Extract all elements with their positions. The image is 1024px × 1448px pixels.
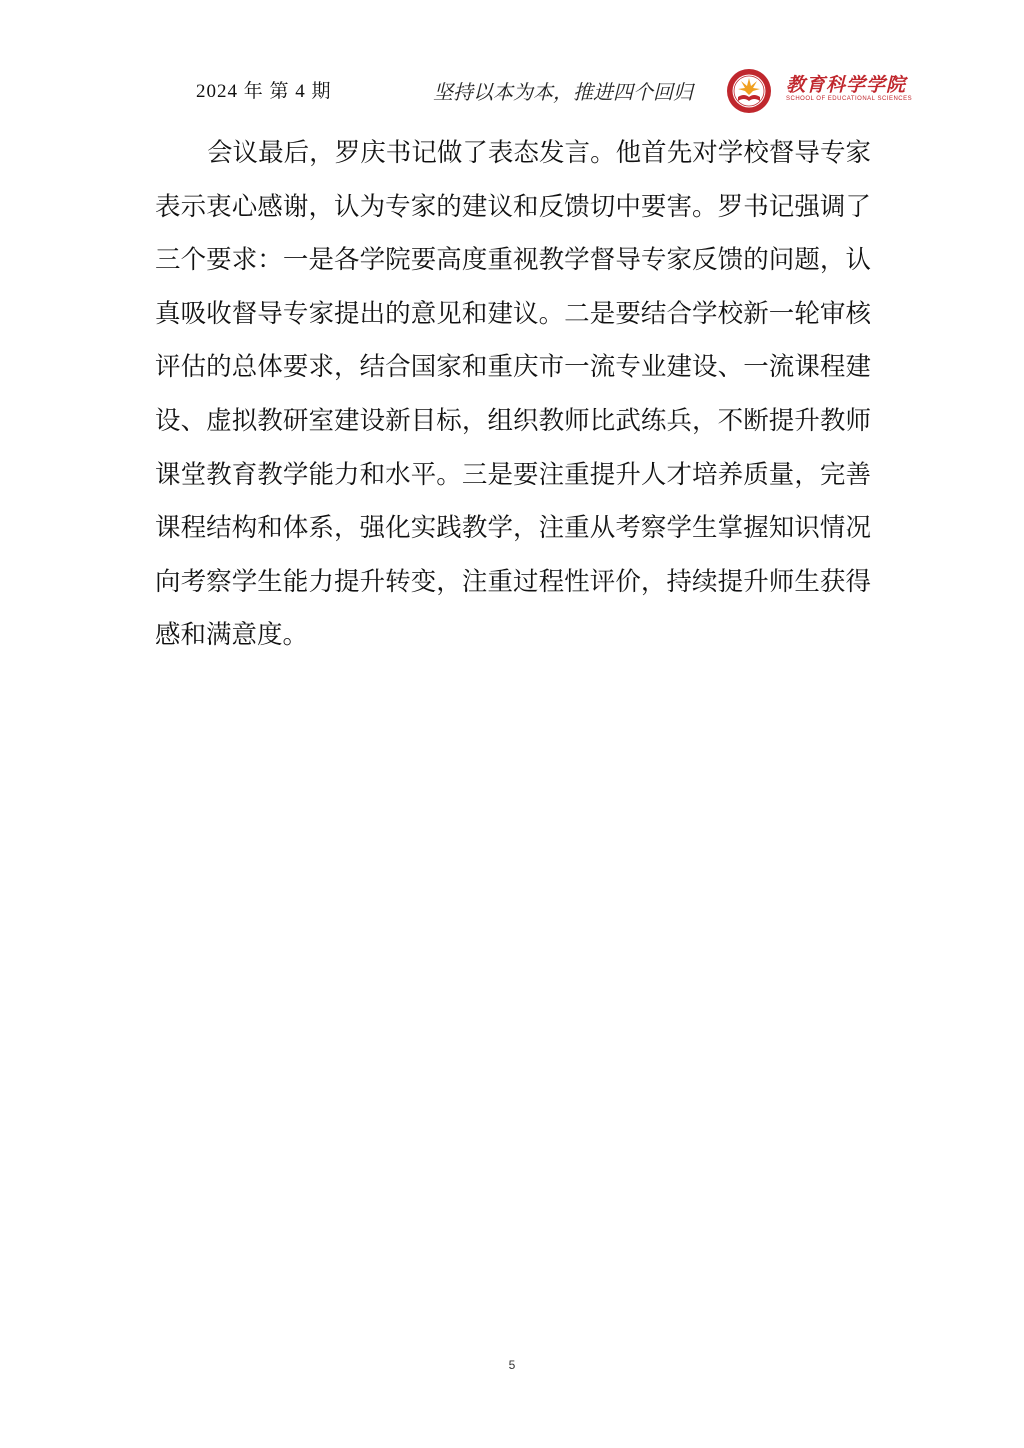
document-page: 2024 年 第 4 期 坚持以本为本，推进四个回归 教育科学学院 SCHOOL… bbox=[0, 0, 1024, 1448]
page-header: 2024 年 第 4 期 坚持以本为本，推进四个回归 教育科学学院 SCHOOL… bbox=[0, 66, 1024, 116]
text-line: 会议最后，罗庆书记做了表态发言。他首先对学校督导专家 bbox=[155, 127, 871, 181]
text-line: 向考察学生能力提升转变，注重过程性评价，持续提升师生获得 bbox=[155, 556, 871, 610]
issue-label: 2024 年 第 4 期 bbox=[196, 76, 332, 103]
school-name-cn: 教育科学学院 bbox=[786, 70, 906, 97]
article-paragraph: 会议最后，罗庆书记做了表态发言。他首先对学校督导专家 表示衷心感谢，认为专家的建… bbox=[155, 127, 871, 663]
text-line: 课程结构和体系，强化实践教学，注重从考察学生掌握知识情况 bbox=[155, 502, 871, 556]
text-line: 表示衷心感谢，认为专家的建议和反馈切中要害。罗书记强调了 bbox=[155, 181, 871, 235]
text-line: 课堂教育教学能力和水平。三是要注重提升人才培养质量，完善 bbox=[155, 449, 871, 503]
school-logo: 教育科学学院 SCHOOL OF EDUCATIONAL SCIENCES bbox=[726, 66, 906, 116]
text-line: 设、虚拟教研室建设新目标，组织教师比武练兵，不断提升教师 bbox=[155, 395, 871, 449]
header-slogan: 坚持以本为本，推进四个回归 bbox=[433, 76, 693, 105]
text-line: 评估的总体要求，结合国家和重庆市一流专业建设、一流课程建 bbox=[155, 341, 871, 395]
school-emblem-icon bbox=[726, 68, 772, 114]
text-line: 三个要求：一是各学院要高度重视教学督导专家反馈的问题，认 bbox=[155, 234, 871, 288]
page-number: 5 bbox=[0, 1358, 1024, 1372]
text-line: 感和满意度。 bbox=[155, 609, 871, 663]
school-name-en: SCHOOL OF EDUCATIONAL SCIENCES bbox=[786, 96, 912, 102]
text-line: 真吸收督导专家提出的意见和建议。二是要结合学校新一轮审核 bbox=[155, 288, 871, 342]
